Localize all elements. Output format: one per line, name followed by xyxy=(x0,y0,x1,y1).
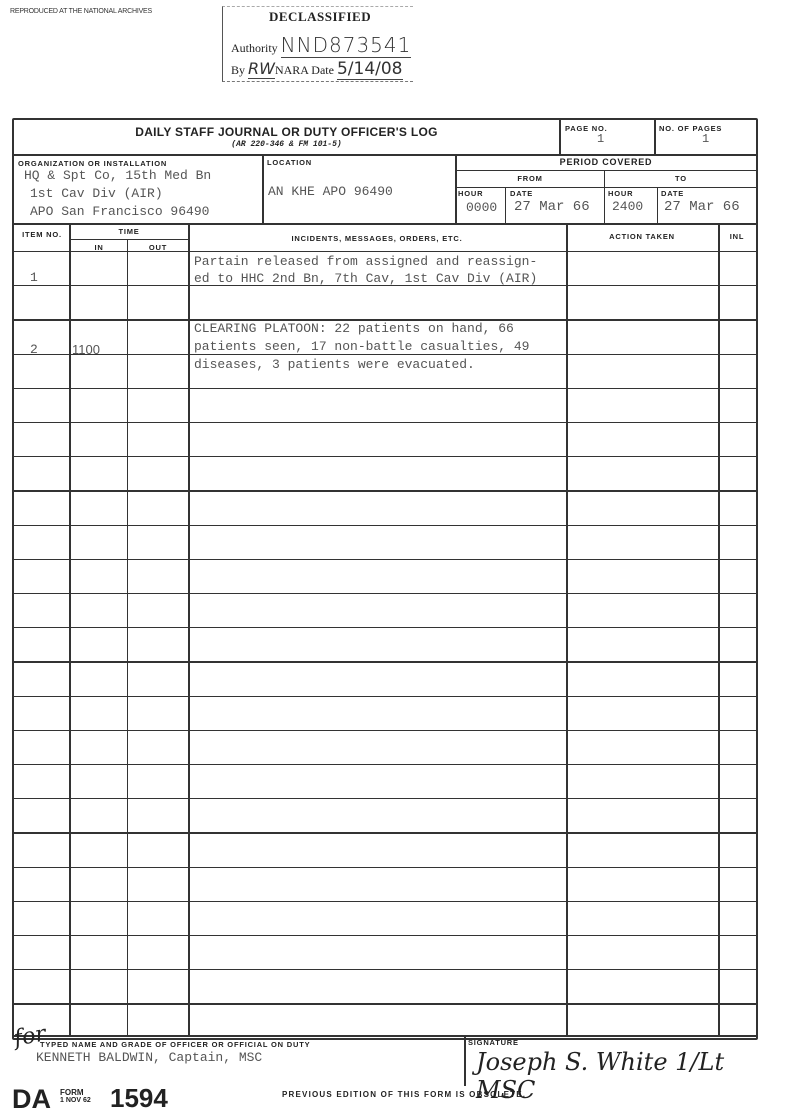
form-title: DAILY STAFF JOURNAL OR DUTY OFFICER'S LO… xyxy=(14,125,559,139)
form-subtitle: (AR 220-346 & FM 101-5) xyxy=(14,140,559,149)
entry-2-item: 2 xyxy=(30,342,38,357)
col-inl: INL xyxy=(718,232,756,241)
entry-1-item: 1 xyxy=(30,270,38,285)
row-divider xyxy=(14,525,756,526)
row-divider xyxy=(14,388,756,389)
row-divider xyxy=(14,251,756,252)
row-divider xyxy=(14,798,756,799)
organization-line-3: APO San Francisco 96490 xyxy=(30,204,209,219)
from-label: FROM xyxy=(456,174,604,183)
page-no-value: 1 xyxy=(597,132,604,146)
stamp-by-row: By RWNARA Date 5/14/08 xyxy=(231,59,403,79)
to-date-value: 27 Mar 66 xyxy=(664,199,740,215)
row-divider xyxy=(14,627,756,628)
row-divider xyxy=(14,422,756,423)
row-divider xyxy=(14,935,756,936)
entry-2-text-line-3: diseases, 3 patients were evacuated. xyxy=(194,357,475,372)
col-time: TIME xyxy=(70,227,188,236)
no-of-pages-label: NO. OF PAGES xyxy=(659,124,722,133)
organization-line-2: 1st Cav Div (AIR) xyxy=(30,186,163,201)
from-date-value: 27 Mar 66 xyxy=(514,199,590,215)
location-label: LOCATION xyxy=(267,158,312,167)
authority-label: Authority xyxy=(231,41,278,55)
row-divider xyxy=(14,696,756,697)
footer-form-word: FORM xyxy=(60,1089,91,1097)
to-label: TO xyxy=(606,174,756,183)
to-date-label: DATE xyxy=(661,189,684,198)
stamp-authority-row: Authority NND873541 xyxy=(231,33,411,57)
officer-label: TYPED NAME AND GRADE OF OFFICER OR OFFIC… xyxy=(40,1040,310,1049)
row-divider xyxy=(14,593,756,594)
row-divider xyxy=(14,969,756,970)
col-action-taken: ACTION TAKEN xyxy=(566,232,718,241)
entry-1-text-line-1: Partain released from assigned and reass… xyxy=(194,254,537,269)
to-hour-label: HOUR xyxy=(608,189,633,198)
from-date-label: DATE xyxy=(510,189,533,198)
organization-label: ORGANIZATION OR INSTALLATION xyxy=(18,159,167,168)
signature-label: SIGNATURE xyxy=(468,1038,519,1047)
row-divider xyxy=(14,661,756,662)
col-item-no: ITEM NO. xyxy=(14,230,70,239)
nara-date-label: NARA Date xyxy=(275,63,334,77)
footer-form-date: 1 NOV 62 xyxy=(60,1097,91,1105)
col-incidents: INCIDENTS, MESSAGES, ORDERS, ETC. xyxy=(188,234,566,243)
location-value: AN KHE APO 96490 xyxy=(268,184,393,199)
row-divider xyxy=(14,490,756,491)
entry-2-text-line-2: patients seen, 17 non-battle casualties,… xyxy=(194,339,529,354)
organization-line-1: HQ & Spt Co, 15th Med Bn xyxy=(24,168,211,183)
reproduced-notice: REPRODUCED AT THE NATIONAL ARCHIVES xyxy=(10,8,152,15)
by-label: By xyxy=(231,63,245,77)
row-divider xyxy=(14,559,756,560)
row-divider xyxy=(14,867,756,868)
stamp-title: DECLASSIFIED xyxy=(269,9,371,25)
from-hour-label: HOUR xyxy=(458,189,483,198)
row-divider xyxy=(14,764,756,765)
stamp-date-value: 5/14/08 xyxy=(337,59,403,80)
by-initials: RW xyxy=(248,59,275,79)
footer-form-number: 1594 xyxy=(110,1083,168,1114)
row-divider xyxy=(14,1003,756,1004)
footer-form-label: FORM 1 NOV 62 xyxy=(60,1089,91,1105)
journal-form: DAILY STAFF JOURNAL OR DUTY OFFICER'S LO… xyxy=(12,118,758,1040)
no-of-pages-value: 1 xyxy=(702,132,709,146)
to-hour-value: 2400 xyxy=(612,199,643,214)
row-divider xyxy=(14,901,756,902)
row-divider xyxy=(14,456,756,457)
entry-1-text-line-2: ed to HHC 2nd Bn, 7th Cav, 1st Cav Div (… xyxy=(194,271,537,286)
authority-value: NND873541 xyxy=(281,33,412,58)
row-divider xyxy=(14,832,756,833)
footer-previous-edition: PREVIOUS EDITION OF THIS FORM IS OBSOLET… xyxy=(282,1090,526,1099)
period-covered-label: PERIOD COVERED xyxy=(456,157,756,167)
declassified-stamp: DECLASSIFIED Authority NND873541 By RWNA… xyxy=(222,6,413,82)
row-divider xyxy=(14,730,756,731)
entry-2-text-line-1: CLEARING PLATOON: 22 patients on hand, 6… xyxy=(194,321,514,336)
officer-value: KENNETH BALDWIN, Captain, MSC xyxy=(36,1050,262,1065)
entry-2-time-in: 1100 xyxy=(72,342,100,357)
from-hour-value: 0000 xyxy=(466,200,497,215)
footer-da: DA xyxy=(12,1084,51,1115)
